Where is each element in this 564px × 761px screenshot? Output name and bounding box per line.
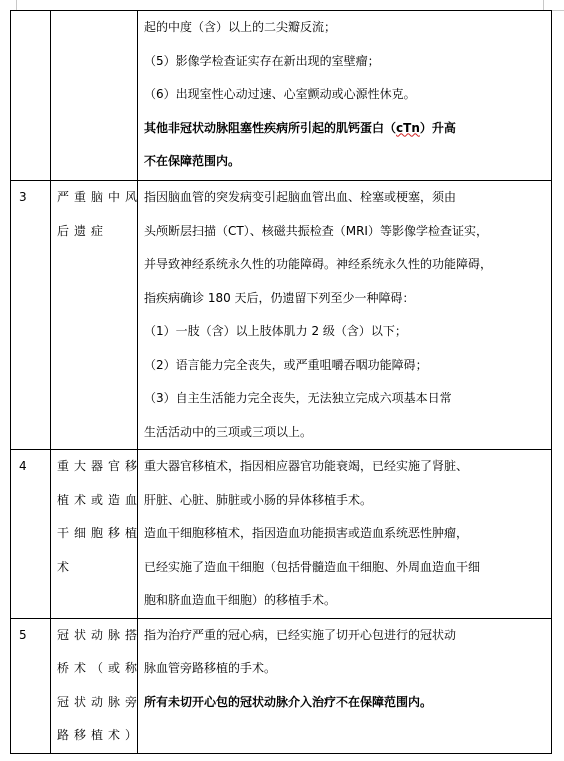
definition-cell: 指因脑血管的突发病变引起脑血管出血、栓塞或梗塞，须由 头颅断层扫描（CT）、核磁…	[138, 181, 552, 450]
disease-name-line: 冠状动脉搭	[57, 619, 131, 653]
disease-name-cell	[51, 11, 138, 181]
definition-line: 指因脑血管的突发病变引起脑血管出血、栓塞或梗塞，须由	[144, 181, 545, 215]
table-row: 3 严重脑中风 后遗症 指因脑血管的突发病变引起脑血管出血、栓塞或梗塞，须由 头…	[11, 181, 552, 450]
definition-line: 重大器官移植术，指因相应器官功能衰竭，已经实施了肾脏、	[144, 450, 545, 484]
disease-name-cell: 重大器官移 植术或造血 干细胞移植 术	[51, 450, 138, 619]
definition-line: 生活活动中的三项或三项以上。	[144, 416, 545, 450]
definition-line: 指为治疗严重的冠心病，已经实施了切开心包进行的冠状动	[144, 619, 545, 653]
definition-line: 起的中度（含）以上的二尖瓣反流；	[144, 11, 545, 45]
definition-line: （6）出现室性心动过速、心室颤动或心源性休克。	[144, 78, 545, 112]
row-number-cell: 5	[11, 618, 51, 753]
disease-name-line: 后遗症	[57, 215, 131, 249]
disease-definition-table: 起的中度（含）以上的二尖瓣反流； （5）影像学检查证实存在新出现的室壁瘤； （6…	[10, 10, 552, 754]
page-margin-guide-right	[543, 0, 544, 10]
disease-name-line: 严重脑中风	[57, 181, 131, 215]
table-row: 起的中度（含）以上的二尖瓣反流； （5）影像学检查证实存在新出现的室壁瘤； （6…	[11, 11, 552, 181]
definition-cell: 指为治疗严重的冠心病，已经实施了切开心包进行的冠状动 脉血管旁路移植的手术。 所…	[138, 618, 552, 753]
disease-name-cell: 严重脑中风 后遗症	[51, 181, 138, 450]
definition-line: 已经实施了造血干细胞（包括骨髓造血干细胞、外周血造血干细	[144, 551, 545, 585]
disease-name-line: 植术或造血	[57, 484, 131, 518]
exclusion-line: 其他非冠状动脉阻塞性疾病所引起的肌钙蛋白（cTn）升高	[144, 112, 545, 146]
definition-line: （5）影像学检查证实存在新出现的室壁瘤；	[144, 45, 545, 79]
spellcheck-flagged-word[interactable]: cTn	[396, 121, 420, 135]
table-row: 4 重大器官移 植术或造血 干细胞移植 术 重大器官移植术，指因相应器官功能衰竭…	[11, 450, 552, 619]
row-number-cell: 4	[11, 450, 51, 619]
table-row: 5 冠状动脉搭 桥术（或称 冠状动脉旁 路移植术） 指为治疗严重的冠心病，已经实…	[11, 618, 552, 753]
exclusion-line: 不在保障范围内。	[144, 145, 545, 179]
definition-line: 胞和脐血造血干细胞）的移植手术。	[144, 584, 545, 618]
exclusion-line: 所有未切开心包的冠状动脉介入治疗不在保障范围内。	[144, 686, 545, 720]
definition-line: （3）自主生活能力完全丧失，无法独立完成六项基本日常	[144, 382, 545, 416]
definition-line: 肝脏、心脏、肺脏或小肠的异体移植手术。	[144, 484, 545, 518]
disease-name-line: 桥术（或称	[57, 652, 131, 686]
definition-line: 指疾病确诊 180 天后，仍遗留下列至少一种障碍：	[144, 282, 545, 316]
disease-name-line: 冠状动脉旁	[57, 686, 131, 720]
disease-name-line: 干细胞移植	[57, 517, 131, 551]
page-margin-guide-top-right	[551, 10, 564, 11]
row-number-cell: 3	[11, 181, 51, 450]
row-number-cell	[11, 11, 51, 181]
definition-line: 并导致神经系统永久性的功能障碍。神经系统永久性的功能障碍，	[144, 248, 545, 282]
disease-name-line: 术	[57, 551, 131, 585]
definition-line: （1）一肢（含）以上肢体肌力 2 级（含）以下；	[144, 315, 545, 349]
definition-line: （2）语言能力完全丧失，或严重咀嚼吞咽功能障碍；	[144, 349, 545, 383]
definition-line: 头颅断层扫描（CT）、核磁共振检查（MRI）等影像学检查证实，	[144, 215, 545, 249]
definition-cell: 重大器官移植术，指因相应器官功能衰竭，已经实施了肾脏、 肝脏、心脏、肺脏或小肠的…	[138, 450, 552, 619]
definition-line: 脉血管旁路移植的手术。	[144, 652, 545, 686]
exclusion-text-after: ）升高	[420, 121, 456, 135]
exclusion-text-before: 其他非冠状动脉阻塞性疾病所引起的肌钙蛋白（	[144, 121, 396, 135]
page-margin-guide-left	[16, 0, 17, 10]
disease-name-line: 重大器官移	[57, 450, 131, 484]
definition-cell: 起的中度（含）以上的二尖瓣反流； （5）影像学检查证实存在新出现的室壁瘤； （6…	[138, 11, 552, 181]
disease-name-cell: 冠状动脉搭 桥术（或称 冠状动脉旁 路移植术）	[51, 618, 138, 753]
disease-name-line: 路移植术）	[57, 719, 131, 753]
definition-line: 造血干细胞移植术，指因造血功能损害或造血系统恶性肿瘤，	[144, 517, 545, 551]
